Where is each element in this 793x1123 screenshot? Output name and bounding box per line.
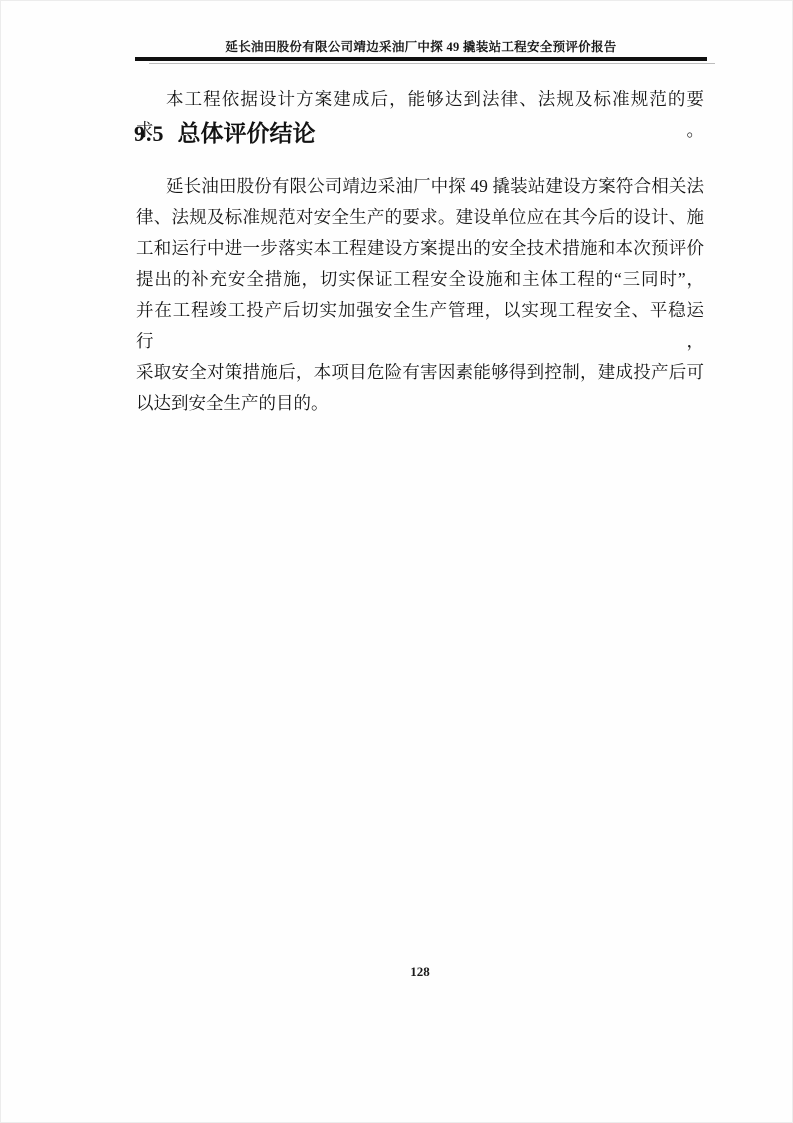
page-footer: 128	[136, 964, 704, 980]
paragraph-line: 并在工程竣工投产后切实加强安全生产管理，以实现工程安全、平稳运行，	[136, 295, 704, 357]
paragraph-overall-conclusion: 延长油田股份有限公司靖边采油厂中探 49 撬装站建设方案符合相关法 律、法规及标…	[136, 171, 704, 419]
paragraph-line: 采取安全对策措施后，本项目危险有害因素能够得到控制，建成投产后可	[136, 357, 704, 388]
paragraph-line: 延长油田股份有限公司靖边采油厂中探 49 撬装站建设方案符合相关法	[136, 171, 704, 202]
document-page: 延长油田股份有限公司靖边采油厂中探 49 撬装站工程安全预评价报告 本工程依据设…	[0, 0, 793, 1123]
paragraph-line: 工和运行中进一步落实本工程建设方案提出的安全技术措施和本次预评价	[136, 233, 704, 264]
section-title: 总体评价结论	[178, 121, 316, 146]
paragraph-line: 律、法规及标准规范对安全生产的要求。建设单位应在其今后的设计、施	[136, 202, 704, 233]
header-rule-shadow	[149, 63, 715, 64]
section-heading: 9.5总体评价结论	[134, 115, 316, 148]
section-number: 9.5	[134, 121, 165, 146]
header-rule	[135, 57, 707, 61]
paragraph-line: 以达到安全生产的目的。	[136, 388, 704, 419]
running-header-title: 延长油田股份有限公司靖边采油厂中探 49 撬装站工程安全预评价报告	[111, 37, 731, 55]
paragraph-line: 提出的补充安全措施，切实保证工程安全设施和主体工程的“三同时”，	[136, 264, 704, 295]
page-number: 128	[410, 964, 430, 979]
